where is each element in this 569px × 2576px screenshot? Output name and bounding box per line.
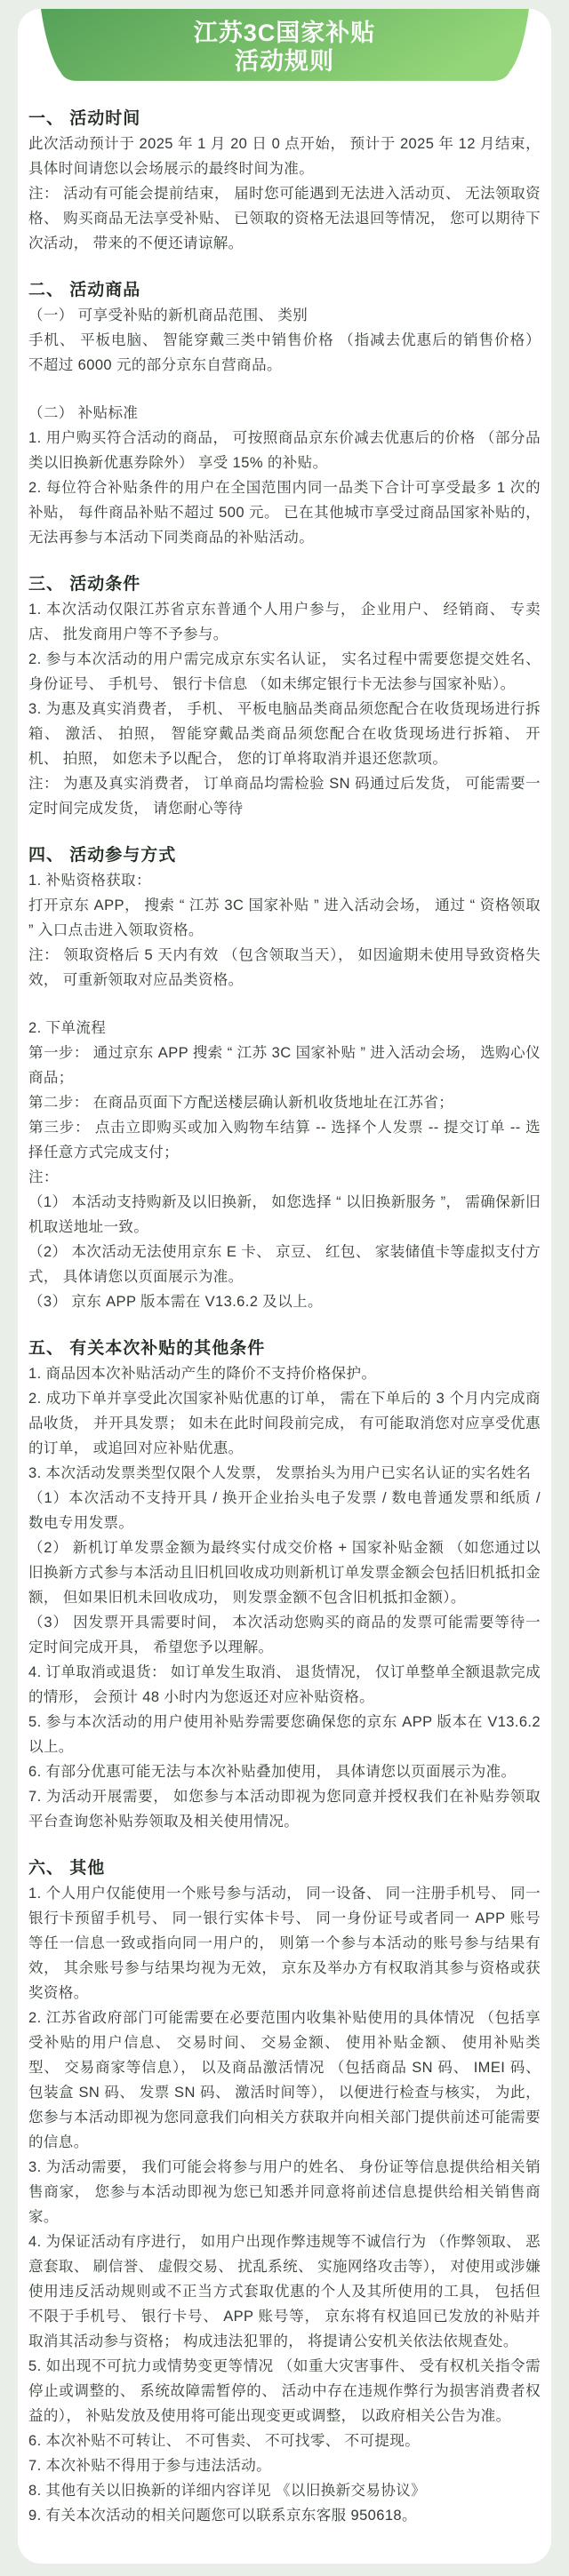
rules-paragraph: （二） 补贴标准 — [28, 401, 541, 426]
rules-paragraph: 注： 领取资格后 5 天内有效 （包含领取当天）， 如因逾期未使用导致资格失效，… — [28, 943, 541, 993]
rules-section: 五、 有关本次补贴的其他条件1. 商品因本次补贴活动产生的降价不支持价格保护。2… — [28, 1336, 541, 1834]
section-heading: 一、 活动时间 — [28, 107, 541, 132]
title-banner: 江苏3C国家补贴 活动规则 — [18, 9, 551, 85]
rules-paragraph: 注： 为惠及真实消费者， 订单商品均需检验 SN 码通过后发货， 可能需要一定时… — [28, 771, 541, 821]
rules-paragraph: 1. 用户购买符合活动的商品， 可按照商品京东价减去优惠后的价格 （部分品类以旧… — [28, 426, 541, 475]
section-heading: 五、 有关本次补贴的其他条件 — [28, 1336, 541, 1361]
rules-paragraph: 6. 本次补贴不可转让、 不可售卖、 不可找零、 不可提现。 — [28, 2428, 541, 2453]
rules-paragraph: 3. 为惠及真实消费者， 手机、 平板电脑品类商品须您配合在收货现场进行拆箱、 … — [28, 697, 541, 771]
rules-paragraph: 第一步： 通过京东 APP 搜索 “ 江苏 3C 国家补贴 ” 进入活动会场， … — [28, 1041, 541, 1090]
section-heading: 四、 活动参与方式 — [28, 843, 541, 868]
rules-paragraph: 2. 参与本次活动的用户需完成京东实名认证， 实名过程中需要您提交姓名、 身份证… — [28, 647, 541, 697]
rules-paragraph: 1. 个人用户仅能使用一个账号参与活动， 同一设备、 同一注册手机号、 同一银行… — [28, 1881, 541, 2006]
rules-paragraph: （2） 本次活动无法使用京东 E 卡、 京豆、 红包、 家装储值卡等虚拟支付方式… — [28, 1240, 541, 1289]
rules-section: 三、 活动条件1. 本次活动仅限江苏省京东普通个人用户参与， 企业用户、 经销商… — [28, 572, 541, 821]
rules-paragraph: （一） 可享受补贴的新机商品范围、 类别 — [28, 303, 541, 328]
page-background: 江苏3C国家补贴 活动规则 一、 活动时间此次活动预计于 2025 年 1 月 … — [0, 0, 569, 2576]
rules-paragraph: 5. 参与本次活动的用户使用补贴券需要您确保您的京东 APP 版本在 V13.6… — [28, 1710, 541, 1759]
rules-paragraph: 2. 江苏省政府部门可能需要在必要范围内收集补贴使用的具体情况 （包括享受补贴的… — [28, 2006, 541, 2155]
rules-paragraph: 此次活动预计于 2025 年 1 月 20 日 0 点开始， 预计于 2025 … — [28, 132, 541, 181]
page-title-line1: 江苏3C国家补贴 — [18, 19, 551, 47]
rules-paragraph: 1. 补贴资格获取： — [28, 868, 541, 893]
rules-paragraph: （1）本次活动不支持开具 / 换开企业抬头电子发票 / 数电普通发票和纸质 / … — [28, 1486, 541, 1535]
rules-paragraph: 2. 每位符合补贴条件的用户在全国范围内同一品类下合计可享受最多 1 次的补贴，… — [28, 475, 541, 550]
rules-paragraph: （3） 因发票开具需要时间， 本次活动您购买的商品的发票可能需要等待一定时间完成… — [28, 1610, 541, 1660]
rules-paragraph: 1. 商品因本次补贴活动产生的降价不支持价格保护。 — [28, 1361, 541, 1386]
rules-paragraph: 第三步： 点击立即购买或加入购物车结算 -- 选择个人发票 -- 提交订单 --… — [28, 1115, 541, 1165]
section-spacer — [28, 378, 541, 401]
section-heading: 六、 其他 — [28, 1856, 541, 1881]
rules-paragraph: 5. 如出现不可抗力或情势变更等情况 （如重大灾害事件、 受有权机关指令需停止或… — [28, 2354, 541, 2428]
rules-paragraph: 2. 成功下单并享受此次国家补贴优惠的订单， 需在下单后的 3 个月内完成商品收… — [28, 1386, 541, 1461]
page-title: 江苏3C国家补贴 活动规则 — [18, 9, 551, 76]
rules-paragraph: 1. 本次活动仅限江苏省京东普通个人用户参与， 企业用户、 经销商、 专卖店、 … — [28, 597, 541, 647]
rules-card: 江苏3C国家补贴 活动规则 一、 活动时间此次活动预计于 2025 年 1 月 … — [18, 9, 551, 2564]
rules-paragraph: 打开京东 APP， 搜索 “ 江苏 3C 国家补贴 ” 进入活动会场， 通过 “… — [28, 893, 541, 943]
rules-paragraph: 9. 有关本次活动的相关问题您可以联系京东客服 950618。 — [28, 2503, 541, 2528]
rules-paragraph: 3. 本次活动发票类型仅限个人发票， 发票抬头为用户已实名认证的实名姓名 — [28, 1461, 541, 1486]
rules-paragraph: 7. 为活动开展需要， 如您参与本活动即视为您同意并授权我们在补贴券领取平台查询… — [28, 1784, 541, 1834]
rules-paragraph: 4. 为保证活动有序进行， 如用户出现作弊违规等不诚信行为 （作弊领取、 恶意套… — [28, 2229, 541, 2354]
section-heading: 二、 活动商品 — [28, 278, 541, 303]
rules-paragraph: 4. 订单取消或退货： 如订单发生取消、 退货情况， 仅订单整单全额退款完成的情… — [28, 1660, 541, 1710]
rules-paragraph: 2. 下单流程 — [28, 1016, 541, 1041]
rules-content: 一、 活动时间此次活动预计于 2025 年 1 月 20 日 0 点开始， 预计… — [18, 85, 551, 2564]
rules-paragraph: 8. 其他有关以旧换新的详细内容详见 《以旧换新交易协议》 — [28, 2478, 541, 2503]
rules-paragraph: （1） 本活动支持购新及以旧换新， 如您选择 “ 以旧换新服务 ”， 需确保新旧… — [28, 1190, 541, 1240]
section-spacer — [28, 993, 541, 1016]
rules-section: 一、 活动时间此次活动预计于 2025 年 1 月 20 日 0 点开始， 预计… — [28, 107, 541, 256]
rules-paragraph: 注： 活动有可能会提前结束， 届时您可能遇到无法进入活动页、 无法领取资格、 购… — [28, 181, 541, 256]
rules-paragraph: 6. 有部分优惠可能无法与本次补贴叠加使用， 具体请您以页面展示为准。 — [28, 1759, 541, 1784]
rules-paragraph: （3） 京东 APP 版本需在 V13.6.2 及以上。 — [28, 1289, 541, 1314]
rules-section: 六、 其他1. 个人用户仅能使用一个账号参与活动， 同一设备、 同一注册手机号、… — [28, 1856, 541, 2528]
rules-paragraph: 注： — [28, 1165, 541, 1190]
section-heading: 三、 活动条件 — [28, 572, 541, 597]
rules-paragraph: 3. 为活动需要， 我们可能会将参与用户的姓名、 身份证等信息提供给相关销售商家… — [28, 2155, 541, 2229]
rules-section: 四、 活动参与方式1. 补贴资格获取：打开京东 APP， 搜索 “ 江苏 3C … — [28, 843, 541, 1314]
rules-paragraph: （2） 新机订单发票金额为最终实付成交价格 + 国家补贴金额 （如您通过以旧换新… — [28, 1535, 541, 1610]
rules-paragraph: 7. 本次补贴不得用于参与违法活动。 — [28, 2453, 541, 2478]
rules-section: 二、 活动商品（一） 可享受补贴的新机商品范围、 类别手机、 平板电脑、 智能穿… — [28, 278, 541, 550]
rules-paragraph: 手机、 平板电脑、 智能穿戴三类中销售价格 （指减去优惠后的销售价格） 不超过 … — [28, 328, 541, 378]
page-title-line2: 活动规则 — [18, 47, 551, 76]
rules-paragraph: 第二步： 在商品页面下方配送楼层确认新机收货地址在江苏省； — [28, 1090, 541, 1115]
